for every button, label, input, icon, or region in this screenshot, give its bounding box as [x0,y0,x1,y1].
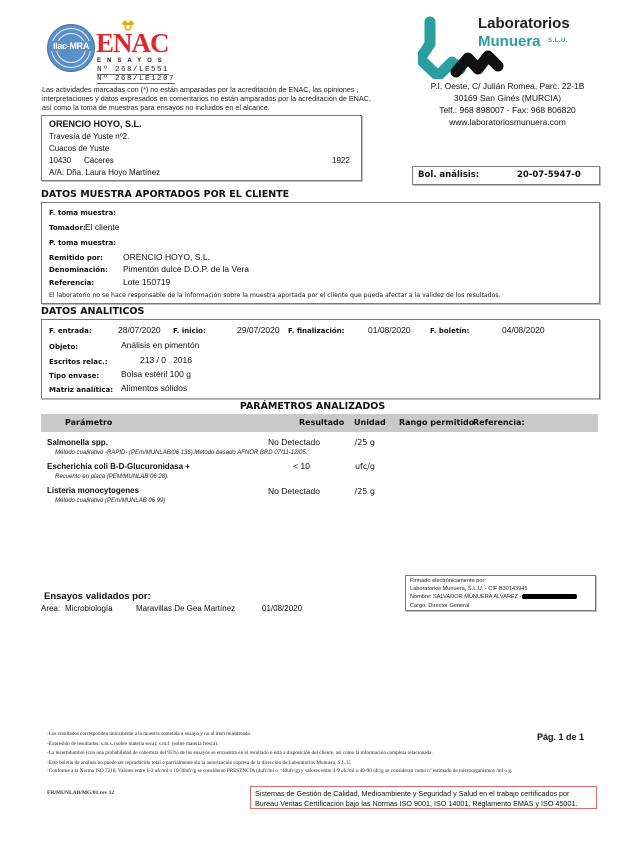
validation-validator: Maravillas De Gea Martínez [136,604,235,613]
parameter-method: Recuento en placa (PEM/MUNLAB 06 28). [55,474,169,480]
parameter-name: Salmonella spp. [47,438,108,447]
parameter-result: No Detectado [210,486,320,496]
footnote: -Conforme a la Norma ISO 7218, Valores e… [47,767,592,775]
date-label: F. inicio: [173,327,206,335]
parameter-unit: /25 g [345,487,375,496]
date-finalizacion: 01/08/2020 [368,325,411,335]
certification-box: Sistemas de Gestión de Calidad, Medioamb… [250,786,597,809]
lab-suffix: S.L.U. [548,38,568,44]
analytics-data-box: F. entrada: 28/07/2020 F. inicio: 29/07/… [41,319,600,399]
field-label: Matriz analítica: [49,386,113,394]
validation-area-label: Area: [41,604,60,613]
field-value-denominacion: Pimentón dulce D.O.P. de la Vera [123,264,249,274]
column-header: Unidad [354,418,386,427]
bulletin-label: Bol. análisis: [418,170,479,180]
signature-name-row: Nombre: SALVADOR MUNUERA ALVAREZ - [410,593,591,601]
parameter-name: Escherichia coli B-D-Glucuronidasa + [47,462,190,471]
field-label: Referencia: [49,279,94,287]
date-label: F. entrada: [49,327,92,335]
footnotes: -Los resultados corresponden únicamente … [47,730,592,775]
footnote: -Expresión de resultados: s.m.s. (sobre … [47,740,592,750]
signature-line: Laboratorios Munuera, S.L.U. - CIF B3014… [410,585,591,593]
client-province: Cáceres [84,156,114,165]
lab-address-line: 30169 San Ginés (MURCIA) [400,92,615,104]
footnote: -La incertidumbre (con una probabilidad … [47,749,592,759]
field-value-referencia: Lote 150719 [123,277,170,287]
field-label: F. toma muestra: [49,209,116,217]
column-header: Rango permitido [399,418,474,427]
electronic-signature-box: Firmado electrónicamente por: Laboratori… [405,575,596,611]
enac-accreditation-1: Nº 268/LE551 [97,66,169,75]
lab-phone: Telf.: 968 898007 - Fax: 968 806820 [400,104,615,116]
column-header: Resultado [299,418,344,427]
validation-title: Ensayos validados por: [44,591,151,602]
signature-line: Firmado electrónicamente por: [410,577,591,585]
field-label: Tipo envase: [49,372,99,380]
enac-logo: ENAC [96,30,169,57]
field-value-remitido: ORENCIO HOYO, S.L. [123,252,210,262]
column-header: Referencia: [473,418,525,427]
lab-address-line: P.I. Oeste, C/ Julián Romea, Parc. 22-1B [400,80,615,92]
ilac-logo-text: ilac-MRA [48,41,94,51]
date-label: F. finalización: [288,327,344,335]
date-entrada: 28/07/2020 [118,325,161,335]
client-street: Travesía de Yuste nº2. [49,132,129,141]
signature-line: Cargo: Director General [410,602,591,610]
sample-data-box: F. toma muestra: Tomador: El cliente P. … [41,202,600,304]
sample-disclaimer: El laboratorio no se hace responsable de… [49,292,501,299]
parameter-method: Método cualitativo -RAPID- (PEm/MUNLAB/0… [55,450,307,456]
date-boletin: 04/08/2020 [502,325,545,335]
date-label: F. boletín: [430,327,469,335]
ilac-mra-logo: ilac-MRA [47,24,95,72]
client-code: 1922 [332,156,350,165]
signature-line: Nombre: SALVADOR MUNUERA ALVAREZ - [410,594,522,600]
client-address-box: ORENCIO HOYO, S.L. Travesía de Yuste nº2… [41,115,362,181]
field-value-escritos: 213 / 0 2016 [140,355,192,365]
parameters-table-header: Parámetro Resultado Unidad Rango permiti… [41,414,598,432]
footnote: -Los resultados corresponden únicamente … [47,730,592,740]
column-header: Parámetro [65,418,112,427]
field-label: Remitido por: [49,254,103,262]
analytics-section-title: DATOS ANALITICOS [41,306,144,317]
field-label: Escritos relac.: [49,358,108,366]
field-value-objeto: Análisis en pimentón [121,340,199,350]
redacted-block [522,594,577,599]
lab-name-line1: Laboratorios [478,15,570,32]
field-label: P. toma muestra: [49,239,116,247]
enac-subtitle: ENSAYOS [97,58,168,64]
bulletin-number-box: Bol. análisis: 20-07-5947-0 [412,166,600,185]
accreditation-note: Las actividades marcadas con (*) no está… [42,85,372,112]
validation-date: 01/08/2020 [262,604,302,613]
field-label: Denominación: [49,266,108,274]
lab-address: P.I. Oeste, C/ Julián Romea, Parc. 22-1B… [400,80,615,128]
client-postal-code: 10430 [49,156,71,165]
footnote: -Este boletín de análisis no puede ser r… [47,759,592,767]
lab-website[interactable]: www.laboratoriosmunuera.com [400,116,615,128]
parameter-unit: ufc/g [345,462,375,471]
parameters-title: PARÁMETROS ANALIZADOS [0,401,625,412]
divider [41,398,598,399]
parameter-method: Método cualitativo (PEm/MUNLAB 06 99) [55,498,165,504]
parameter-result: No Detectado [210,437,320,447]
field-value-tomador: El cliente [85,222,120,232]
client-city: Cuacos de Yuste [49,144,109,153]
bulletin-number: 20-07-5947-0 [517,170,581,180]
date-inicio: 29/07/2020 [237,325,280,335]
field-label: Tomador: [49,224,86,232]
parameter-unit: /25 g [345,438,375,447]
page-number: Pág. 1 de 1 [537,732,584,742]
parameter-name: Listeria monocytogenes [47,486,139,495]
sample-section-title: DATOS MUESTRA APORTADOS POR EL CLIENTE [41,189,289,200]
lab-name-line2: Munuera [478,33,541,50]
field-value-envase: Bolsa estéril 100 g [121,369,191,379]
validation-area: Microbiología [65,604,113,613]
field-label: Objeto: [49,343,78,351]
field-value-matriz: Alimentos sólidos [121,383,187,393]
client-name: ORENCIO HOYO, S.L. [49,119,142,129]
parameter-result: < 10 [210,461,310,471]
enac-accreditation-2: Nº 268/LE1207 [97,75,175,84]
form-code: FR/MUNLAB/MG/01.rev 12 [47,790,114,796]
client-attention: A/A: Dña. Laura Hoyo Martínez [49,168,160,177]
